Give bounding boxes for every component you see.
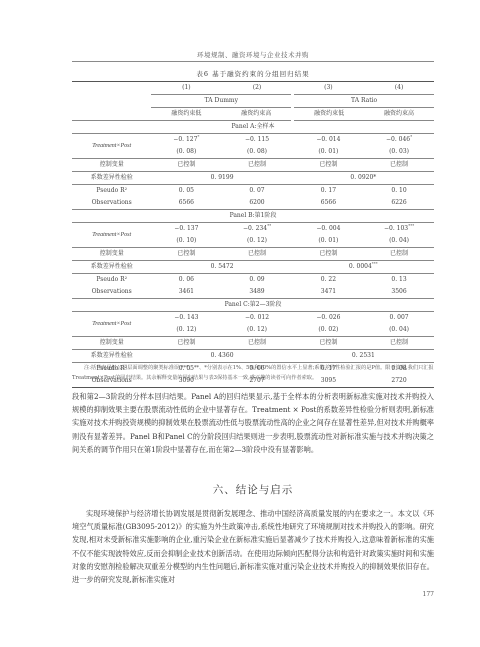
std-error: (0. 03) [364,146,434,159]
r2-value: 0. 06 [151,274,221,287]
row-label: Pseudo R² [72,274,151,287]
r2-value: 0. 10 [364,185,434,198]
coef-value: 0. 007 [390,314,409,321]
coef-value: −0. 026 [316,314,340,321]
panel-a: Panel A:全样本 Treatment×Post −0. 127* −0. … [72,121,434,210]
col-number: (4) [364,82,434,95]
body-paragraph: 实现环境保护与经济增长协调发展是贯彻新发展理念、推动中国经济高质量发展的内在要求… [72,507,434,586]
sig-stars: ** [267,223,271,228]
coef-value: −0. 046 [386,136,410,143]
obs-value: 6226 [364,197,434,210]
coef-value: −0. 234 [243,225,267,232]
std-error: (0. 01) [293,235,364,248]
obs-value: 3506 [364,286,434,299]
row-label: 控制变量 [72,337,151,350]
row-label: Treatment×Post [72,223,151,248]
r2-value: 0. 13 [364,274,434,287]
panel-b: Panel B:第1阶段 Treatment×Post −0. 137 −0. … [72,210,434,299]
sig-stars: * [197,134,199,139]
controls-cell: 已控制 [151,337,221,350]
std-error: (0. 04) [364,324,434,337]
row-label: Pseudo R² [72,185,151,198]
row-label: Treatment×Post [72,312,151,337]
row-label: 控制变量 [72,159,151,172]
row-label: Observations [72,197,151,210]
panel-title: Panel B:第1阶段 [72,210,434,223]
page-number: 177 [423,591,434,598]
subgroup-header: 融资约束高 [364,108,434,121]
subgroup-header: 融资约束低 [151,108,221,121]
sig-stars: *** [372,261,378,266]
obs-value: 3489 [221,286,292,299]
std-error: (0. 12) [221,324,292,337]
obs-value: 6566 [293,197,364,210]
column-number-row: (1) (2) (3) (4) [72,82,434,95]
coef-value: −0. 143 [174,314,198,321]
diff-test-value: 0. 0920* [350,174,376,181]
coef-value: −0. 115 [245,136,269,143]
obs-value: 3471 [293,286,364,299]
group-header-row: TA Dummy TA Ratio [72,95,434,108]
subgroup-header: 融资约束低 [293,108,364,121]
obs-value: 6566 [151,197,221,210]
row-label: 系数差异性检验 [72,172,151,185]
diff-test-value: 0. 9199 [211,174,234,181]
std-error: (0. 08) [221,146,292,159]
std-error: (0. 12) [221,235,292,248]
obs-value: 6200 [221,197,292,210]
running-head: 环境规制、融资环境与企业技术并购 [72,50,434,59]
row-label: Treatment×Post [72,134,151,159]
controls-cell: 已控制 [221,248,292,261]
controls-cell: 已控制 [221,337,292,350]
coef-value: −0. 127 [173,136,197,143]
row-label: 控制变量 [72,248,151,261]
col-number: (1) [151,82,221,95]
panel-title: Panel A:全样本 [72,121,434,134]
coef-value: −0. 103 [384,225,408,232]
controls-cell: 已控制 [293,248,364,261]
controls-cell: 已控制 [151,248,221,261]
std-error: (0. 04) [364,235,434,248]
subgroup-header-row: 融资约束低 融资约束高 融资约束低 融资约束高 [72,108,434,121]
std-error: (0. 12) [151,324,221,337]
diff-test-value: 0. 4360 [211,352,234,359]
r2-value: 0. 05 [151,185,221,198]
controls-cell: 已控制 [364,248,434,261]
table-note: 注:括号内是经公司层面调整的聚类标准误;***、**、*分别表示在1%、5%和1… [72,363,434,383]
diff-test-value: 0. 2531 [352,352,375,359]
section-heading: 六、结论与启示 [72,482,434,497]
controls-cell: 已控制 [293,159,364,172]
table-title: 表6 基于融资约束的分组回归结果 [72,69,434,78]
row-label: Observations [72,286,151,299]
obs-value: 3461 [151,286,221,299]
r2-value: 0. 09 [221,274,292,287]
std-error: (0. 02) [293,324,364,337]
group-header: TA Ratio [293,95,434,108]
sig-stars: *** [408,223,414,228]
controls-cell: 已控制 [364,159,434,172]
r2-value: 0. 07 [221,185,292,198]
diff-test-value: 0. 0004 [349,263,372,270]
panel-title: Panel C:第2—3阶段 [72,299,434,312]
col-number: (3) [293,82,364,95]
group-header: TA Dummy [151,95,292,108]
r2-value: 0. 22 [293,274,364,287]
controls-cell: 已控制 [364,337,434,350]
coef-value: −0. 012 [245,314,269,321]
regression-table: (1) (2) (3) (4) TA Dummy TA Ratio 融资约束低 … [72,81,434,388]
coef-value: −0. 137 [174,225,198,232]
std-error: (0. 10) [151,235,221,248]
header-rule [72,61,434,62]
controls-cell: 已控制 [151,159,221,172]
std-error: (0. 08) [151,146,221,159]
row-label: 系数差异性检验 [72,261,151,274]
body-paragraph: 段和第2—3阶段的分样本回归结果。Panel A的回归结果显示,基于全样本的分析… [72,390,434,456]
coef-value: −0. 004 [316,225,340,232]
coef-value: −0. 014 [316,136,340,143]
r2-value: 0. 17 [293,185,364,198]
std-error: (0. 01) [293,146,364,159]
col-number: (2) [221,82,292,95]
controls-cell: 已控制 [293,337,364,350]
controls-cell: 已控制 [221,159,292,172]
subgroup-header: 融资约束高 [221,108,292,121]
sig-stars: * [410,134,412,139]
diff-test-value: 0. 5472 [211,263,234,270]
row-label: 系数差异性检验 [72,350,151,363]
